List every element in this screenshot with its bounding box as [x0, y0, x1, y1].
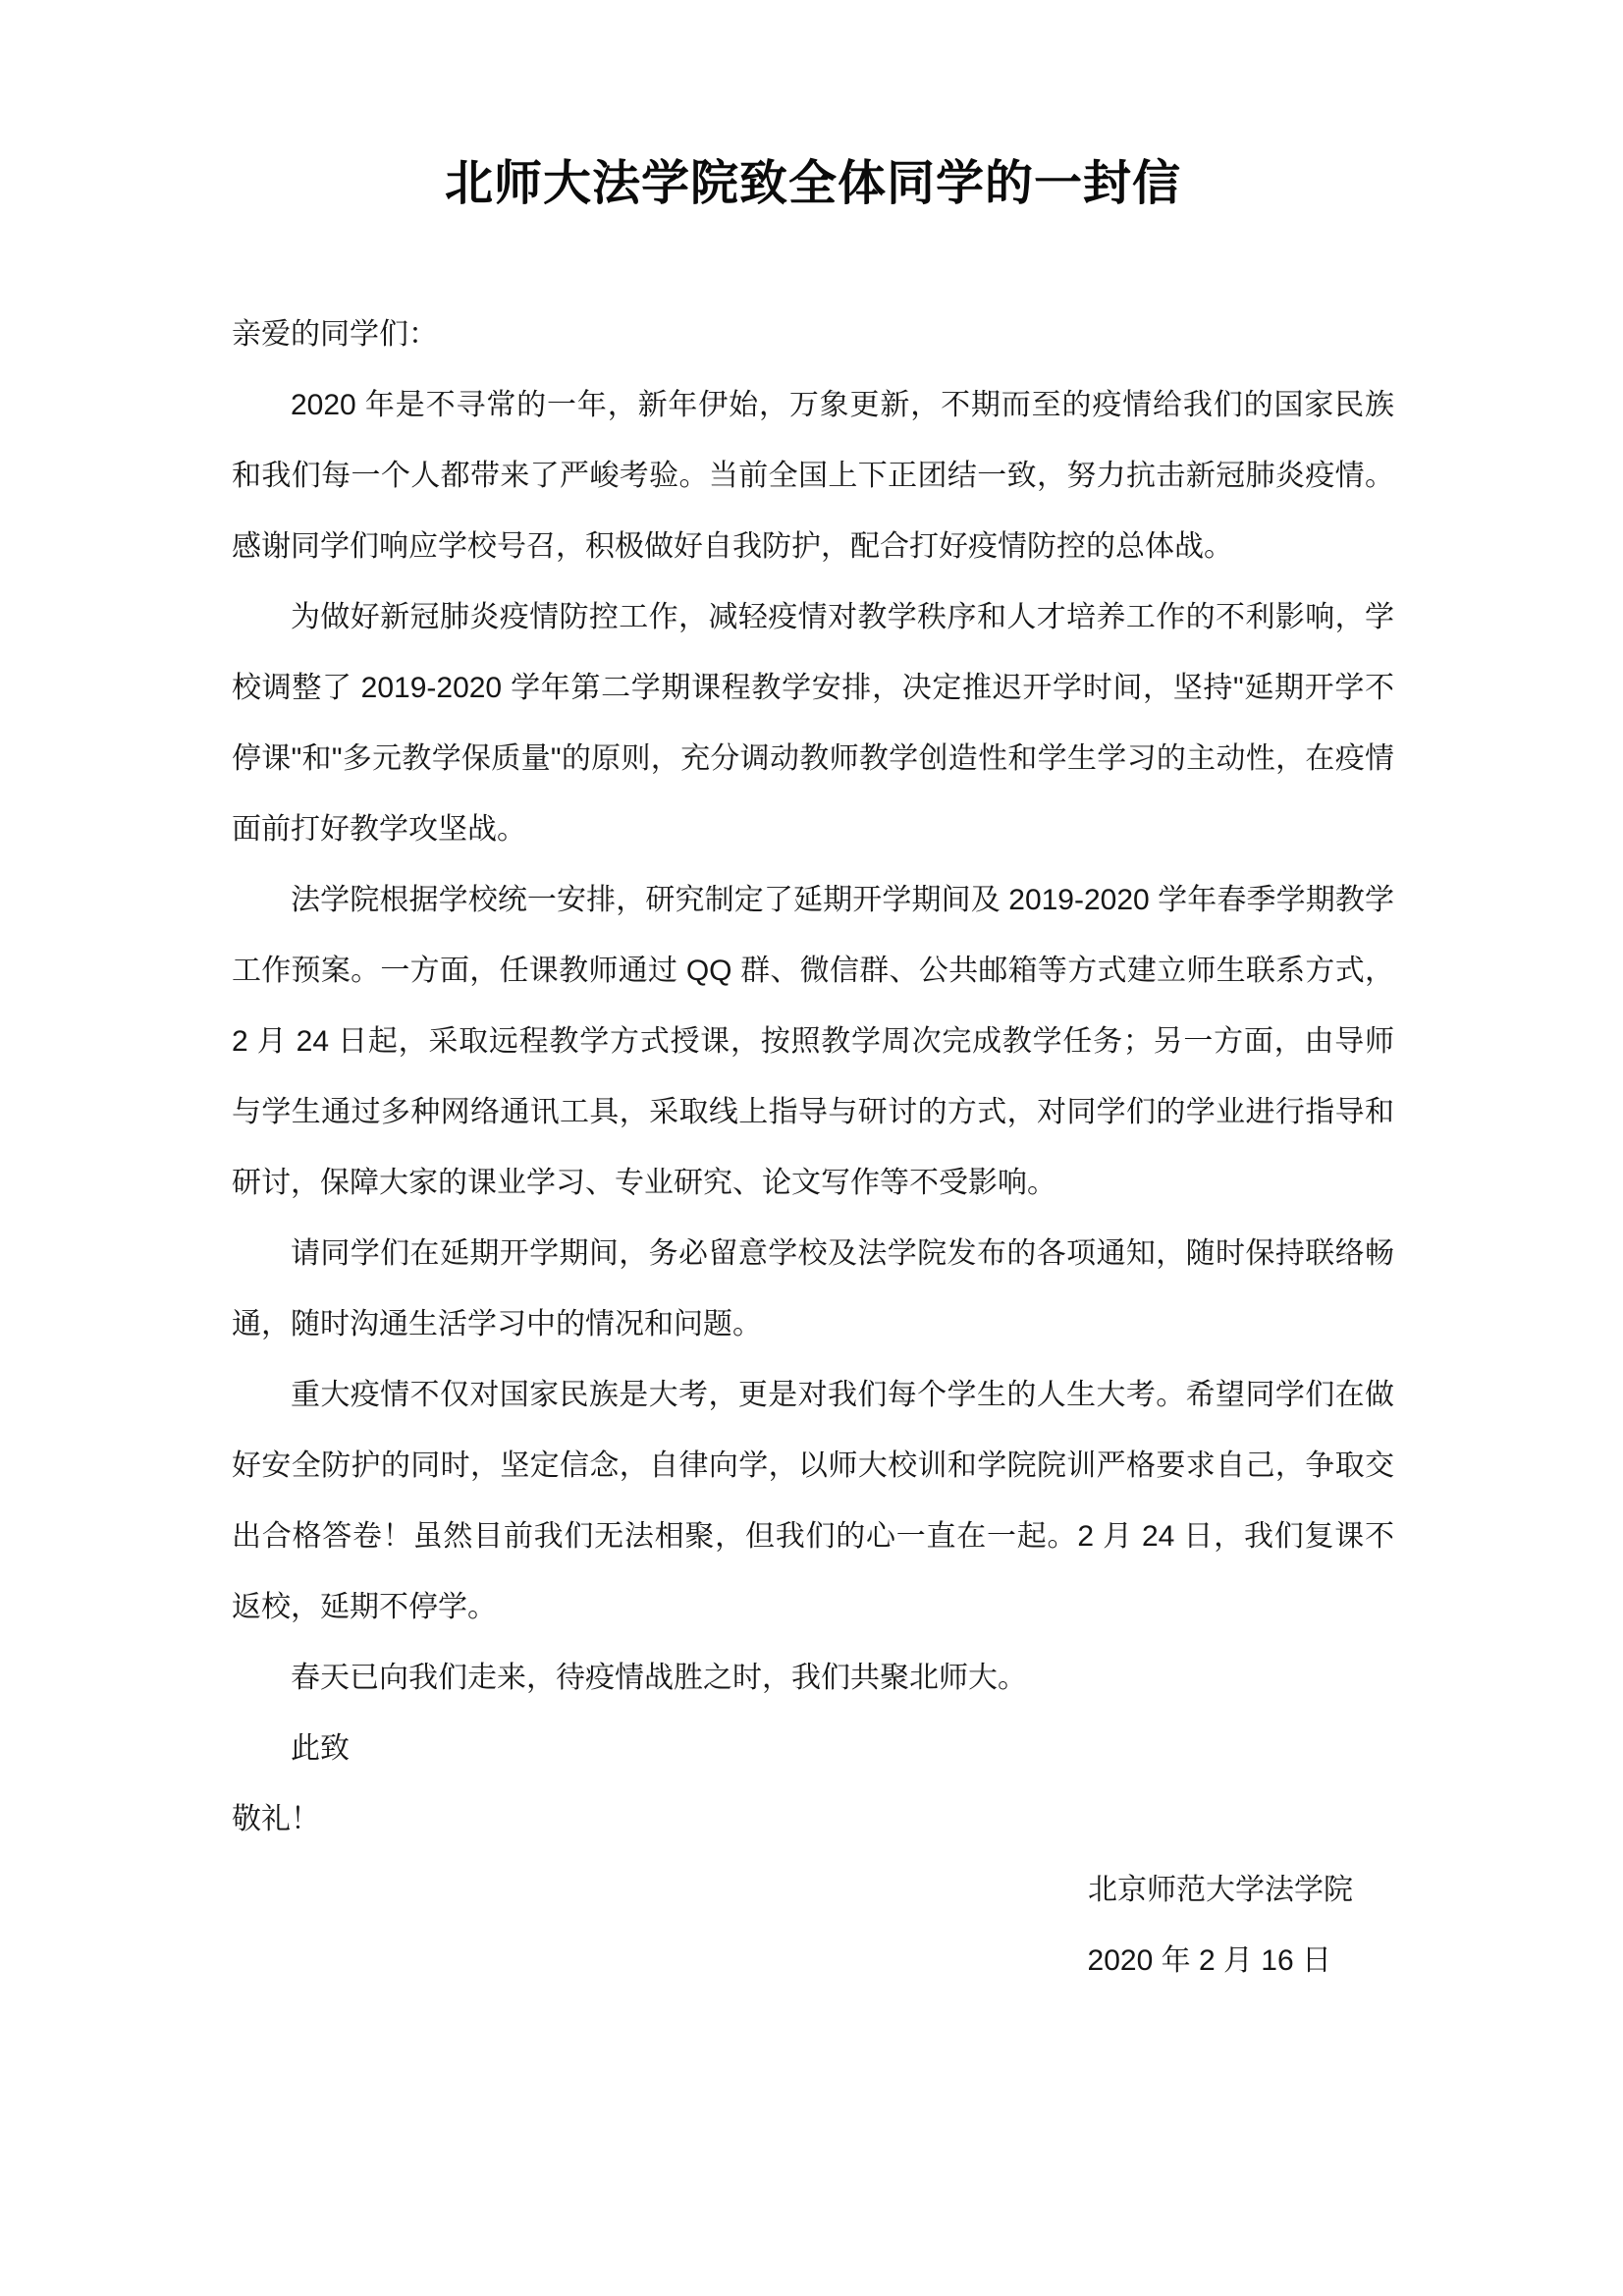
closing-cizhi: 此致: [232, 1714, 1394, 1784]
letter-body: 亲爱的同学们： 2020 年是不寻常的一年，新年伊始，万象更新，不期而至的疫情给…: [232, 300, 1394, 1996]
letter-salutation: 亲爱的同学们：: [232, 300, 1394, 370]
letter-paragraph: 请同学们在延期开学期间，务必留意学校及法学院发布的各项通知，随时保持联络畅通，随…: [232, 1219, 1394, 1360]
letter-paragraph: 为做好新冠肺炎疫情防控工作，减轻疫情对教学秩序和人才培养工作的不利影响，学校调整…: [232, 582, 1394, 865]
letter-paragraph: 春天已向我们走来，待疫情战胜之时，我们共聚北师大。: [232, 1643, 1394, 1714]
letter-paragraph: 重大疫情不仅对国家民族是大考，更是对我们每个学生的人生大考。希望同学们在做好安全…: [232, 1360, 1394, 1643]
letter-signature: 北京师范大学法学院: [232, 1855, 1394, 1926]
letter-title: 北师大法学院致全体同学的一封信: [232, 155, 1394, 213]
letter-page: 北师大法学院致全体同学的一封信 亲爱的同学们： 2020 年是不寻常的一年，新年…: [0, 0, 1623, 2296]
letter-paragraph: 2020 年是不寻常的一年，新年伊始，万象更新，不期而至的疫情给我们的国家民族和…: [232, 370, 1394, 582]
letter-paragraph: 法学院根据学校统一安排，研究制定了延期开学期间及 2019-2020 学年春季学…: [232, 865, 1394, 1219]
closing-jingli: 敬礼！: [232, 1784, 1394, 1855]
letter-date: 2020 年 2 月 16 日: [232, 1926, 1394, 1996]
